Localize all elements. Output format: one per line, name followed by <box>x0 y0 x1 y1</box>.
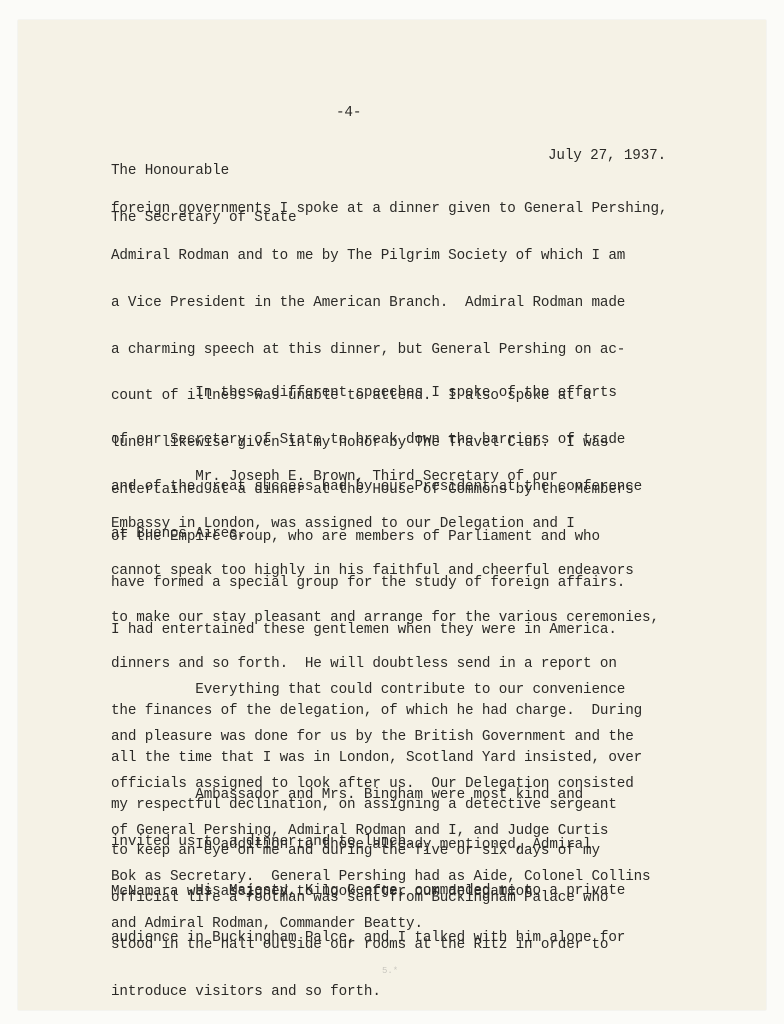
paragraph-7: His Majesty, King George, commanded me t… <box>111 853 625 978</box>
body-line: audience in Buckingham Palce, and I talk… <box>111 931 625 947</box>
letter-date: July 27, 1937. <box>548 149 666 165</box>
body-line: to make our stay pleasant and arrange fo… <box>111 611 659 627</box>
body-line: introduce visitors and so forth. <box>111 985 659 1001</box>
body-line: Ambassador and Mrs. Bingham were most ki… <box>111 788 583 804</box>
bottom-mark: 5.* <box>382 966 396 974</box>
body-line: Everything that could contribute to our … <box>111 683 651 699</box>
body-line: His Majesty, King George, commanded me t… <box>111 884 625 900</box>
body-line: foreign governments I spoke at a dinner … <box>111 202 667 218</box>
body-line: and pleasure was done for us by the Brit… <box>111 730 651 746</box>
body-line: In addition to those already mentioned, … <box>111 838 591 854</box>
body-line: Admiral Rodman and to me by The Pilgrim … <box>111 249 667 265</box>
letter-page: -4- The Honourable The Secretary of Stat… <box>18 20 766 1010</box>
body-line: Mr. Joseph E. Brown, Third Secretary of … <box>111 470 659 486</box>
letter-body: foreign governments I spoke at a dinner … <box>111 20 145 270</box>
body-line: cannot speak too highly in his faithful … <box>111 564 659 580</box>
page-number: -4- <box>336 106 361 122</box>
body-line: Embassy in London, was assigned to our D… <box>111 517 659 533</box>
body-line: a Vice President in the American Branch.… <box>111 296 667 312</box>
body-line: In these different speeches I spoke of t… <box>111 386 642 402</box>
